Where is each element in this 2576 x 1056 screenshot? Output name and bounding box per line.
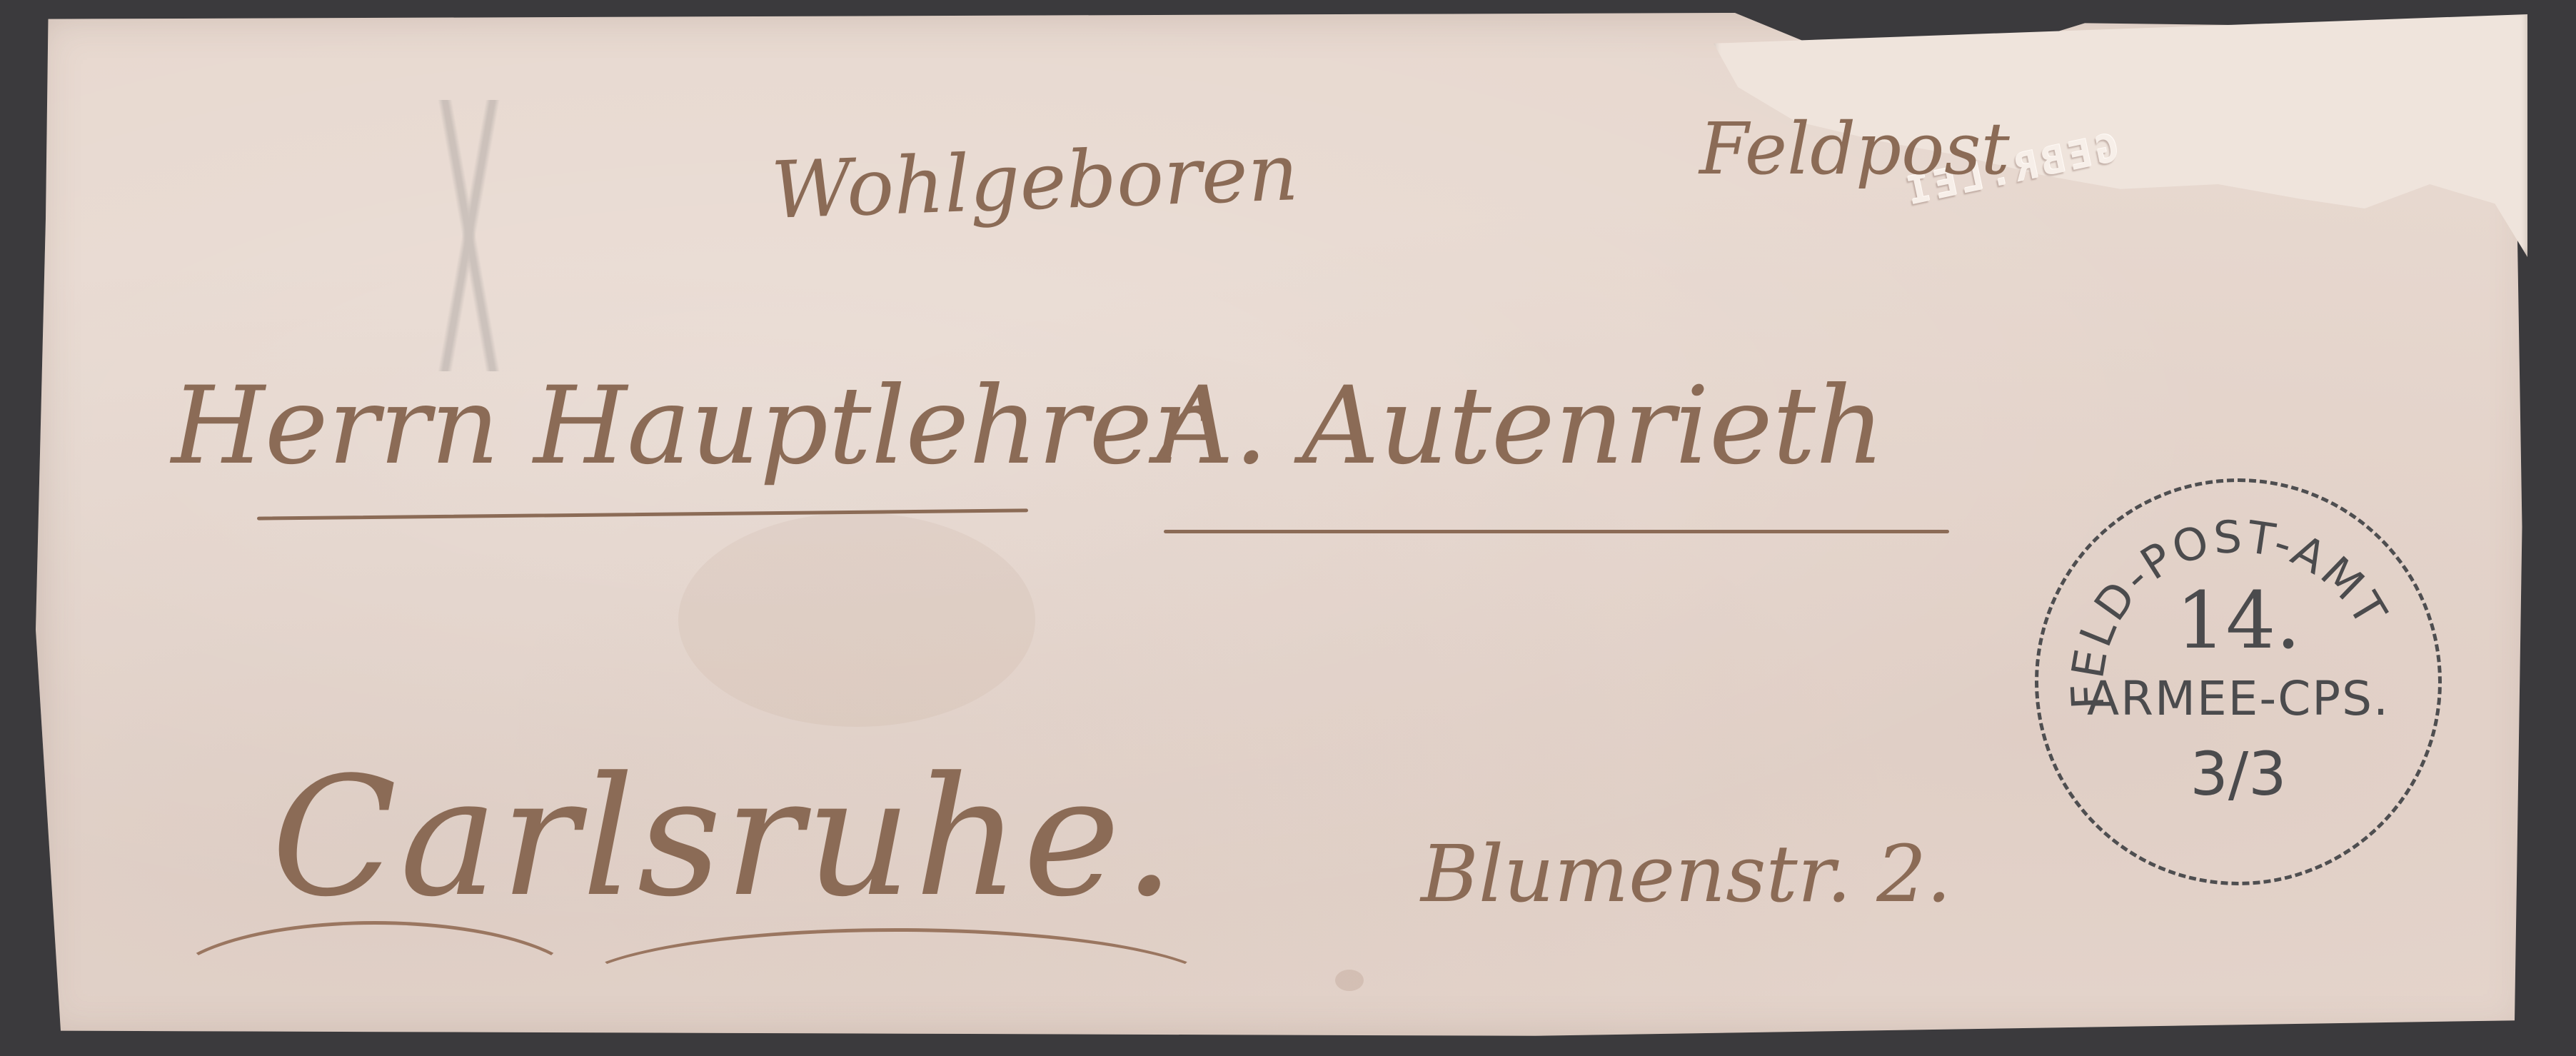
pencil-notation (257, 100, 685, 371)
top-note: Feldpost (1699, 107, 2010, 191)
postmark-date: 3/3 (2038, 739, 2438, 809)
street: Blumenstr. 2. (1421, 828, 1951, 920)
stain (678, 513, 1035, 727)
stain (1335, 970, 1364, 991)
salutation: Wohlgeboren (770, 126, 1300, 236)
flourish (164, 921, 585, 1056)
underline-name (1164, 530, 1949, 533)
postmark-unit: ARMEE-CPS. (2038, 671, 2438, 726)
postmark-number: 14. (2038, 575, 2438, 666)
recipient-title: Herrn Hauptlehrer (171, 364, 1204, 488)
recipient-name: A. Autenrieth (1157, 364, 1885, 488)
postmark: FELD-POST-AMT 14. ARMEE-CPS. 3/3 (2035, 478, 2442, 885)
flourish (571, 928, 1221, 1050)
city: Carlsruhe. (271, 743, 1178, 933)
